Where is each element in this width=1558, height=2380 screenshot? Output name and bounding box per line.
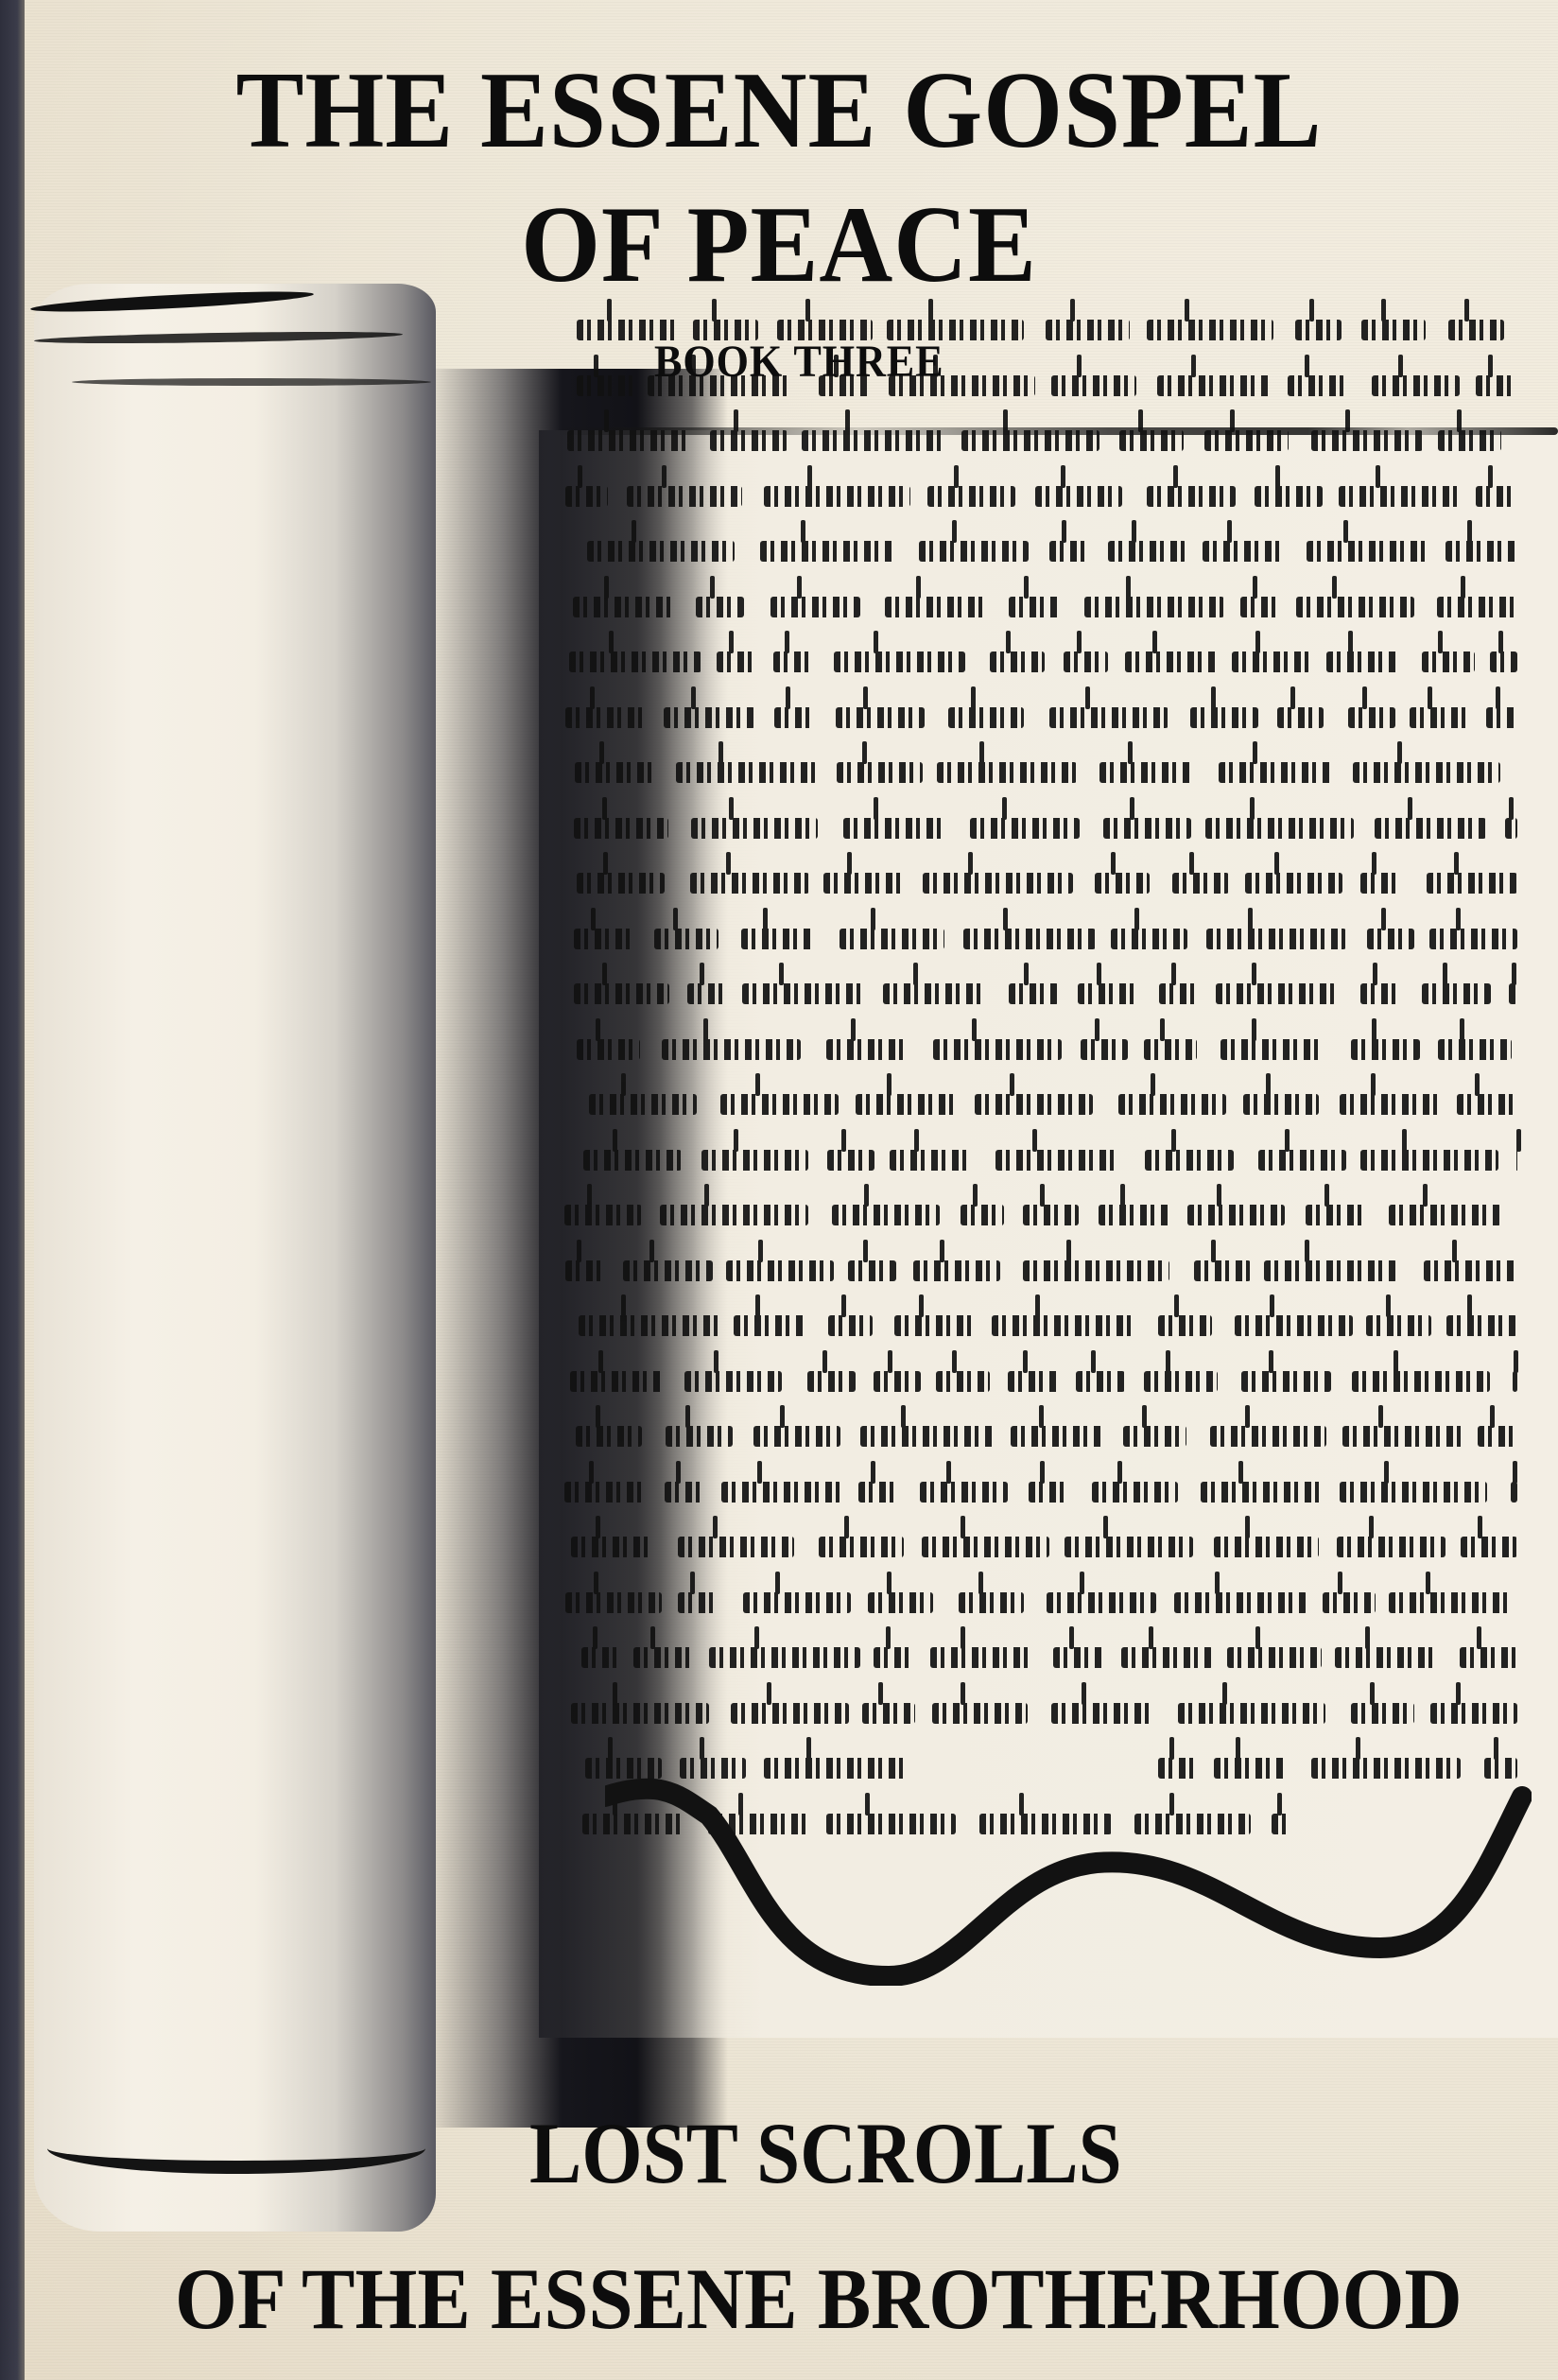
hebrew-word: [1118, 1094, 1225, 1115]
hebrew-word: [662, 1039, 800, 1060]
hebrew-word: [1438, 430, 1501, 451]
hebrew-word: [753, 1426, 840, 1447]
hebrew-word: [1081, 1039, 1128, 1060]
hebrew-word: [1121, 1647, 1213, 1668]
hebrew-word: [1326, 651, 1398, 672]
hebrew-word: [843, 818, 943, 839]
hebrew-script-line: [553, 966, 1527, 1022]
hebrew-word: [1410, 707, 1468, 728]
hebrew-word: [701, 1150, 808, 1171]
hebrew-word: [1476, 375, 1517, 396]
hebrew-word: [1051, 1703, 1155, 1724]
hebrew-word: [922, 1537, 1049, 1557]
hebrew-word: [959, 1592, 1024, 1613]
hebrew-script-line: [553, 1520, 1527, 1575]
hebrew-word: [1065, 1537, 1193, 1557]
hebrew-word: [868, 1592, 933, 1613]
hebrew-word: [1422, 983, 1491, 1004]
hebrew-word: [1389, 1592, 1512, 1613]
hebrew-word: [1430, 1703, 1517, 1724]
hebrew-script-line: [553, 801, 1527, 857]
hebrew-word: [883, 983, 983, 1004]
hebrew-word: [1219, 762, 1333, 783]
hebrew-word: [696, 597, 744, 617]
hebrew-word: [569, 651, 701, 672]
hebrew-word: [1008, 1371, 1059, 1392]
hebrew-word: [573, 597, 677, 617]
hebrew-word: [565, 1260, 603, 1281]
hebrew-word: [1144, 1039, 1197, 1060]
hebrew-word: [574, 818, 668, 839]
hebrew-word: [836, 707, 925, 728]
hebrew-word: [773, 651, 814, 672]
hebrew-word: [1123, 1426, 1186, 1447]
hebrew-word: [1277, 707, 1324, 728]
hebrew-word: [1064, 651, 1107, 672]
hebrew-word: [1429, 929, 1517, 949]
hebrew-word: [1516, 1150, 1517, 1171]
hebrew-word: [1214, 1537, 1319, 1557]
hebrew-word: [1220, 1039, 1325, 1060]
hebrew-word: [826, 1039, 908, 1060]
hebrew-word: [565, 707, 649, 728]
hebrew-word: [1389, 1205, 1501, 1225]
hebrew-word: [1243, 1094, 1319, 1115]
hebrew-word: [1505, 818, 1517, 839]
hebrew-word: [1178, 1703, 1325, 1724]
hebrew-word: [856, 1094, 960, 1115]
hebrew-word: [709, 1647, 860, 1668]
hebrew-word: [1204, 430, 1288, 451]
hebrew-word: [1095, 873, 1150, 894]
hebrew-word: [1147, 486, 1236, 507]
title-line-1: THE ESSENE GOSPEL: [55, 55, 1504, 166]
hebrew-word: [1194, 1260, 1251, 1281]
book-spine-edge: [0, 0, 25, 2380]
hebrew-script-line: [553, 413, 1527, 469]
hebrew-word: [742, 983, 864, 1004]
hebrew-word: [1023, 1205, 1079, 1225]
hebrew-word: [930, 1647, 1032, 1668]
hebrew-word: [1245, 873, 1342, 894]
hebrew-word: [577, 1039, 641, 1060]
hebrew-word: [1174, 1592, 1307, 1613]
hebrew-word: [690, 873, 810, 894]
hebrew-word: [1206, 929, 1345, 949]
hebrew-word: [760, 541, 895, 562]
hebrew-word: [823, 873, 903, 894]
hebrew-word: [1190, 707, 1258, 728]
hebrew-script-line: [553, 1077, 1527, 1133]
hebrew-word: [1203, 541, 1285, 562]
hebrew-word: [1513, 1371, 1517, 1392]
hebrew-word: [1084, 597, 1224, 617]
subtitle-line-2: OF THE ESSENE BROTHERHOOD: [175, 2254, 1463, 2343]
hebrew-word: [1264, 1260, 1397, 1281]
hebrew-word: [1296, 597, 1414, 617]
hebrew-word: [802, 430, 944, 451]
hebrew-word: [832, 1205, 940, 1225]
volume-label: BOOK THREE: [654, 339, 944, 386]
hebrew-word: [975, 1094, 1093, 1115]
hebrew-word: [1158, 1315, 1212, 1336]
hebrew-word: [848, 1260, 896, 1281]
hebrew-word: [1311, 430, 1423, 451]
hebrew-word: [565, 486, 609, 507]
hebrew-word: [1446, 1315, 1517, 1336]
hebrew-script-line: [553, 1354, 1527, 1410]
hebrew-word: [583, 1150, 681, 1171]
hebrew-word: [1361, 320, 1426, 340]
hebrew-word: [1340, 1094, 1442, 1115]
hebrew-word: [1457, 1094, 1517, 1115]
hebrew-word: [885, 597, 989, 617]
hebrew-word: [1103, 818, 1191, 839]
hebrew-script-line: [553, 1575, 1527, 1631]
hebrew-word: [1049, 707, 1168, 728]
hebrew-word: [1352, 1371, 1491, 1392]
hebrew-word: [1157, 375, 1272, 396]
hebrew-word: [710, 430, 788, 451]
hebrew-word: [1119, 430, 1184, 451]
hebrew-word: [567, 430, 693, 451]
hebrew-word: [1448, 320, 1504, 340]
hebrew-word: [927, 486, 1015, 507]
hebrew-word: [1144, 1371, 1217, 1392]
hebrew-word: [992, 1315, 1137, 1336]
hebrew-word: [840, 929, 945, 949]
hebrew-word: [1478, 1426, 1517, 1447]
hebrew-word: [576, 1426, 642, 1447]
hebrew-word: [995, 1150, 1118, 1171]
hebrew-word: [1340, 1482, 1487, 1503]
hebrew-word: [1187, 1205, 1285, 1225]
hebrew-word: [961, 1205, 1004, 1225]
hebrew-word: [581, 1647, 620, 1668]
hebrew-word: [970, 818, 1080, 839]
hebrew-word: [1372, 375, 1460, 396]
hebrew-script-line: [553, 1465, 1527, 1520]
hebrew-word: [1053, 1647, 1104, 1668]
hebrew-script-line: [553, 1630, 1527, 1686]
hebrew-word: [874, 1647, 914, 1668]
hebrew-word: [627, 486, 742, 507]
hebrew-word: [1159, 983, 1201, 1004]
cylinder-ring: [34, 330, 403, 346]
hebrew-word: [1172, 873, 1229, 894]
title-line-2: OF PEACE: [55, 189, 1504, 301]
hebrew-word: [1351, 1039, 1420, 1060]
hebrew-word: [1342, 1426, 1463, 1447]
hebrew-word: [936, 1371, 991, 1392]
hebrew-word: [1255, 486, 1323, 507]
hebrew-word: [1511, 1482, 1517, 1503]
hebrew-word: [1240, 597, 1281, 617]
hebrew-word: [807, 1371, 856, 1392]
hebrew-word: [894, 1315, 974, 1336]
hebrew-word: [660, 1205, 808, 1225]
hebrew-word: [890, 1150, 970, 1171]
hebrew-word: [1337, 1537, 1446, 1557]
hebrew-word: [1288, 375, 1344, 396]
hebrew-word: [1049, 541, 1090, 562]
hebrew-word: [819, 1537, 904, 1557]
hebrew-script-line: [553, 1133, 1527, 1189]
hebrew-word: [1295, 320, 1342, 340]
hebrew-word: [1353, 762, 1500, 783]
hebrew-word: [990, 651, 1044, 672]
hebrew-word: [678, 1592, 716, 1613]
hebrew-script-line: [553, 1409, 1527, 1465]
hebrew-word: [1076, 1371, 1125, 1392]
hebrew-word: [1023, 1260, 1169, 1281]
hebrew-word: [565, 1592, 662, 1613]
hebrew-word: [1092, 1482, 1178, 1503]
hebrew-word: [1339, 486, 1461, 507]
hebrew-word: [678, 1537, 794, 1557]
hebrew-word: [1011, 1426, 1105, 1447]
hebrew-script-line: [553, 690, 1527, 746]
hebrew-word: [1476, 486, 1517, 507]
hebrew-word: [666, 1426, 733, 1447]
hebrew-word: [570, 1371, 665, 1392]
subtitle-line-1: LOST SCROLLS: [529, 2109, 1122, 2198]
hebrew-word: [1078, 983, 1141, 1004]
hebrew-word: [726, 1260, 834, 1281]
hebrew-word: [1490, 651, 1517, 672]
hebrew-word: [1375, 818, 1486, 839]
hebrew-word: [932, 1703, 1028, 1724]
hebrew-word: [633, 1647, 692, 1668]
hebrew-word: [691, 818, 818, 839]
hebrew-word: [579, 1315, 720, 1336]
hebrew-word: [741, 929, 814, 949]
hebrew-word: [571, 1537, 652, 1557]
hebrew-word: [1335, 1647, 1437, 1668]
hebrew-word: [1009, 983, 1059, 1004]
hebrew-word: [1205, 818, 1354, 839]
hebrew-word: [1307, 541, 1428, 562]
hebrew-word: [1099, 1205, 1171, 1225]
scroll-wavy-bottom-edge: [605, 1759, 1532, 1986]
hebrew-script-line: [553, 1022, 1527, 1078]
hebrew-word: [913, 1260, 1000, 1281]
hebrew-word: [834, 651, 966, 672]
hebrew-word: [1437, 597, 1517, 617]
hebrew-word: [1099, 762, 1194, 783]
hebrew-word: [1051, 375, 1136, 396]
hebrew-word: [1486, 707, 1517, 728]
hebrew-word: [574, 929, 632, 949]
hebrew-word: [1360, 1150, 1499, 1171]
hebrew-script-line: [553, 469, 1527, 525]
hebrew-word: [1509, 983, 1517, 1004]
hebrew-word: [676, 762, 817, 783]
hebrew-word: [1147, 320, 1273, 340]
hebrew-word: [1367, 929, 1414, 949]
hebrew-word: [1258, 1150, 1346, 1171]
hebrew-word: [1232, 651, 1310, 672]
hebrew-word: [721, 1482, 841, 1503]
hebrew-word: [1145, 1150, 1234, 1171]
hebrew-word: [1445, 541, 1517, 562]
hebrew-script-block: [553, 303, 1527, 1851]
hebrew-script-line: [553, 634, 1527, 690]
rolled-scroll-cylinder: [34, 284, 436, 2232]
hebrew-word: [575, 762, 655, 783]
hebrew-word: [734, 1315, 806, 1336]
hebrew-word: [1360, 873, 1401, 894]
hebrew-word: [1241, 1371, 1331, 1392]
hebrew-word: [571, 1703, 709, 1724]
hebrew-word: [1216, 983, 1336, 1004]
hebrew-word: [717, 651, 758, 672]
hebrew-word: [961, 430, 1099, 451]
hebrew-word: [654, 929, 718, 949]
hebrew-word: [720, 1094, 839, 1115]
hebrew-script-line: [553, 1188, 1527, 1243]
hebrew-word: [1201, 1482, 1325, 1503]
hebrew-word: [948, 707, 1025, 728]
hebrew-word: [1460, 1647, 1517, 1668]
hebrew-word: [1366, 1315, 1431, 1336]
hebrew-script-line: [553, 580, 1527, 635]
hebrew-word: [860, 1426, 996, 1447]
hebrew-word: [874, 1371, 921, 1392]
hebrew-word: [1227, 1647, 1321, 1668]
hebrew-word: [665, 1482, 702, 1503]
hebrew-word: [564, 1482, 648, 1503]
hebrew-word: [764, 486, 910, 507]
hebrew-word: [919, 541, 1030, 562]
hebrew-word: [920, 1482, 1008, 1503]
hebrew-word: [743, 1592, 852, 1613]
hebrew-word: [1210, 1426, 1326, 1447]
hebrew-word: [664, 707, 755, 728]
hebrew-word: [564, 1205, 642, 1225]
hebrew-word: [963, 929, 1096, 949]
hebrew-word: [1438, 1039, 1513, 1060]
hebrew-word: [774, 707, 813, 728]
hebrew-word: [1351, 1703, 1414, 1724]
hebrew-word: [1029, 1482, 1068, 1503]
hebrew-word: [1046, 320, 1130, 340]
hebrew-word: [1427, 873, 1517, 894]
hebrew-word: [587, 541, 735, 562]
hebrew-word: [827, 1150, 874, 1171]
hebrew-script-line: [553, 524, 1527, 580]
hebrew-word: [574, 983, 669, 1004]
hebrew-word: [684, 1371, 782, 1392]
hebrew-word: [1047, 1592, 1156, 1613]
hebrew-word: [862, 1703, 915, 1724]
hebrew-word: [1306, 1205, 1368, 1225]
hebrew-word: [933, 1039, 1062, 1060]
hebrew-word: [1125, 651, 1219, 672]
hebrew-word: [1235, 1315, 1353, 1336]
hebrew-word: [1009, 597, 1061, 617]
hebrew-word: [937, 762, 1077, 783]
cylinder-bottom-edge: [47, 2123, 425, 2174]
hebrew-script-line: [553, 912, 1527, 967]
hebrew-word: [687, 983, 728, 1004]
hebrew-word: [1111, 929, 1187, 949]
hebrew-script-line: [553, 1298, 1527, 1354]
hebrew-word: [1424, 1260, 1517, 1281]
hebrew-word: [1035, 486, 1123, 507]
hebrew-word: [1360, 983, 1401, 1004]
hebrew-word: [828, 1315, 874, 1336]
hebrew-script-line: [553, 1243, 1527, 1299]
hebrew-script-line: [553, 745, 1527, 801]
hebrew-word: [577, 873, 665, 894]
hebrew-word: [1108, 541, 1186, 562]
hebrew-word: [770, 597, 860, 617]
hebrew-word: [837, 762, 923, 783]
hebrew-word: [858, 1482, 899, 1503]
cylinder-ring: [72, 378, 431, 386]
hebrew-word: [1323, 1592, 1376, 1613]
hebrew-word: [1348, 707, 1395, 728]
hebrew-word: [1422, 651, 1475, 672]
hebrew-word: [589, 1094, 697, 1115]
hebrew-word: [923, 873, 1073, 894]
hebrew-script-line: [553, 856, 1527, 912]
hebrew-word: [623, 1260, 713, 1281]
hebrew-word: [577, 375, 634, 396]
hebrew-word: [731, 1703, 849, 1724]
hebrew-word: [1461, 1537, 1517, 1557]
hebrew-script-line: [553, 1686, 1527, 1742]
